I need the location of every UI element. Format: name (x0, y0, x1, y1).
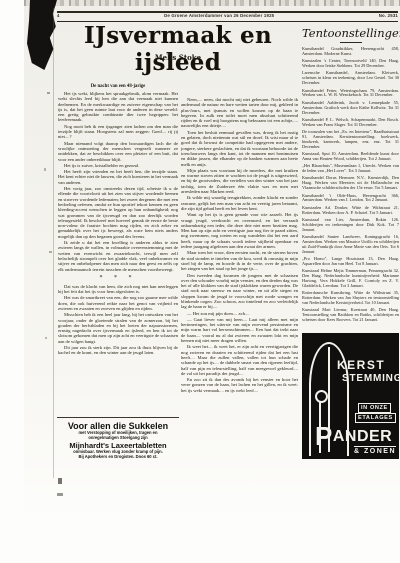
article-paragraph: Ik zeide u dat het een kwelling is ander… (58, 240, 178, 272)
ad-word-kerst: KERST (337, 358, 385, 372)
exhibition-entry: Kunsthandel Santee Landweer, Koningsgrac… (302, 235, 399, 255)
exhibitions-title: Tentoonstellingen (302, 26, 399, 40)
exhibition-entry: Kunsthandel Aalderink, Jacob v. Lennepka… (302, 101, 399, 116)
exhibition-entry: Kunstzaal Heline Mejia Timmerman, Prinse… (302, 269, 399, 289)
article-paragraph: Ik wilde mij waardig terugtrekken, zonde… (181, 195, 298, 211)
exhibition-entry: Kunstzalen Ad. Donker, Witte de Withstra… (302, 206, 399, 216)
exhibition-entry: De toonzalen van het „Ex. en Interieur",… (302, 130, 399, 150)
scan-speck (47, 92, 50, 94)
middle-paragraph-list: Neen,.... neen, dat mocht mij niet gebeu… (181, 97, 298, 393)
exhibition-entry: Larensche Kunsthandel, Amsterdam. Kleiwe… (302, 71, 399, 86)
exhibition-entry: Kunsthandel 't Olde-Huus, Heerengracht 3… (302, 194, 399, 204)
exhibition-entry: Kunstzaal Mari Liernur, Koestraat 40, De… (302, 308, 399, 323)
exhibition-entry: Kunstzalen 's Center, Toernooiveld 140, … (302, 59, 399, 69)
article-paragraph: Mijn plaats was voortaan bij de moeders,… (181, 168, 298, 194)
ad-label-in-onze: IN ONZE (358, 403, 391, 413)
ad-word-stemming: STEMMING (342, 373, 399, 384)
ad-text-line: onregelmatigen Stoelgang zijn (57, 436, 179, 441)
issue-number: No. 2531 (379, 13, 398, 18)
candle-ring-icon (315, 390, 328, 403)
exhibition-entry: Rotterdamsche Kunstkring, Witte de Withs… (302, 291, 399, 306)
scan-speck (44, 168, 46, 171)
exhibition-entry: „Het Blauwhuis", Museumlaan 1, Utrecht. … (302, 164, 399, 174)
scan-speck (45, 337, 47, 339)
scan-scratch-line (53, 8, 54, 478)
scan-noise-band (24, 0, 400, 6)
pander-advertisement: KERST STEMMING IN ONZE ETALAGES PANDER &… (302, 333, 399, 459)
article-paragraph: Den tweeden dag kwamen de jongens met de… (181, 273, 298, 310)
article-paragraph: Het ijs is zuiver, kristalhelder en gezo… (58, 163, 178, 168)
scan-speck (57, 493, 63, 496)
exhibition-entry: Kunsthandel Dorus Hermsen N.V., Kneuterd… (302, 176, 399, 191)
article-paragraph: — Gaat liever van mij heen.... Laat mij … (181, 317, 298, 343)
exhibitions-title-rule (340, 42, 362, 43)
article-paragraph: Want op het ijs is geen genade voor wie … (181, 212, 298, 249)
exhibitions-column: Tentoonstellingen Kunsthandel Goudstikke… (302, 26, 399, 326)
article-paragraph: Het heeft zijn vrienden en het heeft hen… (58, 169, 178, 185)
article-paragraph: Ik weet het.... ik weet het, er zijn ach… (181, 344, 298, 376)
article-paragraph: Maar niemand volgt daarop den boosaardig… (58, 141, 178, 162)
mijnhardt-advertisement: Voor allen die Sukkelen met Verstopping … (57, 417, 179, 460)
article-paragraph: Misschien heb ik een heel jaar lang, bij… (58, 312, 178, 344)
exhibition-entry: „Pro Homo", Lange Houtstraat 13, Den Haa… (302, 257, 399, 267)
article-paragraph: — Het zou mij pijn doen.... ach.... (181, 311, 298, 316)
scan-speck (58, 478, 62, 484)
article-paragraph: Maar toen het vroor, dien eersten nacht,… (181, 250, 298, 271)
page-number: 4 (57, 13, 60, 18)
left-paragraph-list-2: Dat was de klacht van hem, die zich nog … (58, 284, 178, 356)
newspaper-page-scan: { "masthead": { "page_number": "4", "tit… (0, 0, 400, 563)
article-column-middle: Neen,.... neen, dat mocht mij niet gebeu… (181, 97, 298, 394)
exhibition-entry: Kunsthandel P. L. Welsch, Schapenmarkt, … (302, 118, 399, 128)
article-headline: IJsvermaak en ijsleed (57, 22, 299, 76)
article-paragraph: Dat was de klacht van hem, die zich nog … (58, 284, 178, 295)
masthead-title: De Groene Amsterdammer van 26 December 1… (164, 13, 274, 18)
exhibition-entry: Kunsthandel Fetter, Weteringschans 79, A… (302, 89, 399, 99)
brand-initial: P (315, 421, 333, 451)
brand-rest: ANDER (333, 428, 392, 445)
article-paragraph: Het was de smartkreet van een, die nog z… (58, 295, 178, 311)
left-paragraph-list: Het ijs wekt, blijkens het spraakgebruik… (58, 91, 178, 272)
section-heading: De nacht van een 48-jarige (58, 84, 178, 89)
article-paragraph: Nog nooit heb ik een ijsganger zien lach… (58, 124, 178, 140)
article-paragraph: Dit jaar zou ik sterk zijn. Dit jaar zou… (58, 345, 178, 356)
ad-brand-zonen: & ZONEN (354, 446, 396, 455)
asterism-separator: * * * (58, 275, 178, 281)
masthead: 4 De Groene Amsterdammer van 26 December… (57, 13, 398, 18)
scan-speck (49, 251, 52, 253)
ad-text-line: Bij Apothekers en Drogisten. Doos 60 ct. (57, 455, 179, 460)
article-paragraph: Het ijs wekt, blijkens het spraakgebruik… (58, 91, 178, 123)
article-paragraph: Het vorig jaar, zoo omstreeks dezen tijd… (58, 186, 178, 239)
exhibition-entry: Kunstzaal, Spui 10, Amsterdam. Beeldende… (302, 152, 399, 162)
article-paragraph: Neen,.... neen, dat mocht mij niet gebeu… (181, 97, 298, 129)
article-byline: Melis Stoke (57, 53, 299, 62)
article-paragraph: Toen het besluit eenmaal gevallen was, d… (181, 130, 298, 167)
article-column-left: De nacht van een 48-jarige Het ijs wekt,… (58, 84, 178, 357)
exhibition-entry: Kunstzaal van Lier, Amsterdam, Rokin 126… (302, 218, 399, 233)
exhibition-entry: Kunsthandel Goudstikker, Heerengracht 45… (302, 47, 399, 57)
exhibitions-list: Kunsthandel Goudstikker, Heerengracht 45… (302, 47, 399, 323)
article-paragraph: En zoo zit ik dan des avonds bij het ven… (181, 377, 298, 393)
